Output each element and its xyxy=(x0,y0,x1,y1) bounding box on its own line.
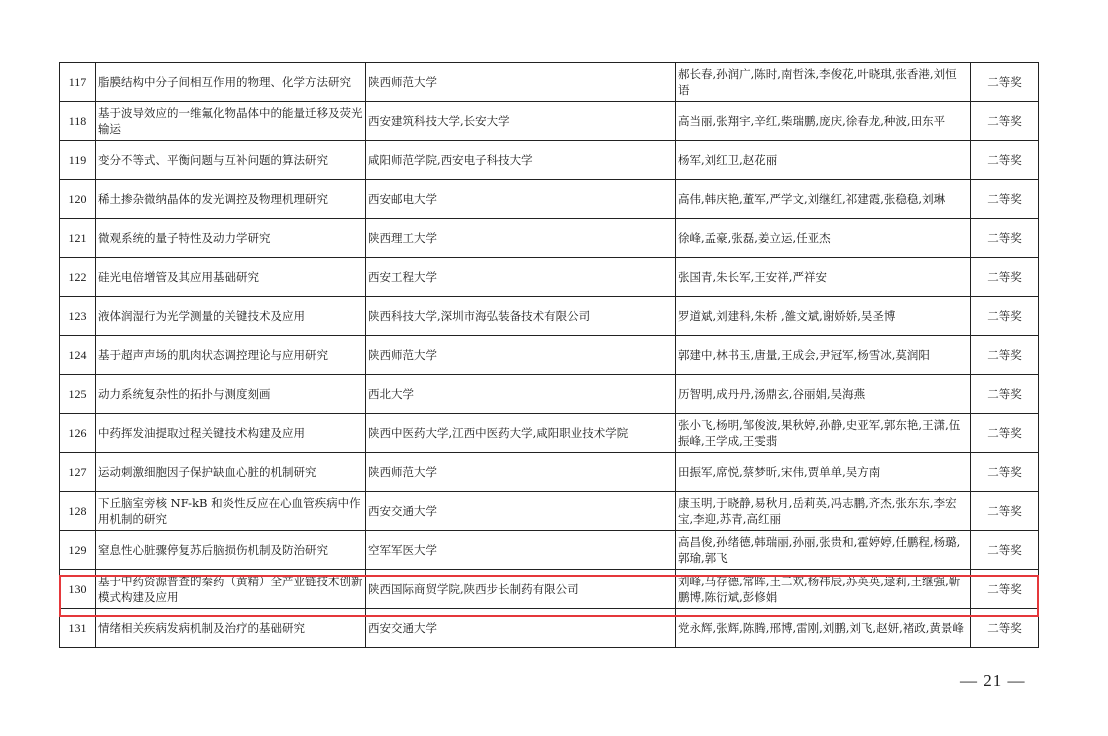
table-row: 119变分不等式、平衡问题与互补问题的算法研究咸阳师范学院,西安电子科技大学杨军… xyxy=(60,141,1039,180)
project-title: 变分不等式、平衡问题与互补问题的算法研究 xyxy=(96,141,366,180)
completing-units: 陕西国际商贸学院,陕西步长制药有限公司 xyxy=(366,570,676,609)
project-number: 127 xyxy=(60,453,96,492)
project-number: 125 xyxy=(60,375,96,414)
project-number: 123 xyxy=(60,297,96,336)
table-row: 120稀土掺杂微纳晶体的发光调控及物理机理研究西安邮电大学高伟,韩庆艳,董军,严… xyxy=(60,180,1039,219)
table-row: 118基于波导效应的一维氟化物晶体中的能量迁移及荧光输运西安建筑科技大学,长安大… xyxy=(60,102,1039,141)
project-title: 窒息性心脏骤停复苏后脑损伤机制及防治研究 xyxy=(96,531,366,570)
table-row: 123液体润湿行为光学测量的关键技术及应用陕西科技大学,深圳市海弘装备技术有限公… xyxy=(60,297,1039,336)
award-level: 二等奖 xyxy=(971,102,1039,141)
completing-units: 陕西科技大学,深圳市海弘装备技术有限公司 xyxy=(366,297,676,336)
table-row: 121微观系统的量子特性及动力学研究陕西理工大学徐峰,孟豪,张磊,姜立运,任亚杰… xyxy=(60,219,1039,258)
table-row: 128下丘脑室旁核 NF-kB 和炎性反应在心血管疾病中作用机制的研究西安交通大… xyxy=(60,492,1039,531)
completing-units: 西北大学 xyxy=(366,375,676,414)
completing-people: 张国青,朱长军,王安祥,严祥安 xyxy=(676,258,971,297)
table-row: 125动力系统复杂性的拓扑与测度刻画西北大学历智明,成丹丹,汤鼎玄,谷丽娟,吴海… xyxy=(60,375,1039,414)
project-title: 动力系统复杂性的拓扑与测度刻画 xyxy=(96,375,366,414)
completing-people: 郭建中,林书玉,唐量,王成会,尹冠军,杨雪冰,莫润阳 xyxy=(676,336,971,375)
award-level: 二等奖 xyxy=(971,297,1039,336)
project-number: 128 xyxy=(60,492,96,531)
completing-people: 徐峰,孟豪,张磊,姜立运,任亚杰 xyxy=(676,219,971,258)
project-number: 131 xyxy=(60,609,96,648)
award-level: 二等奖 xyxy=(971,492,1039,531)
project-number: 120 xyxy=(60,180,96,219)
completing-people: 张小飞,杨明,邹俊波,果秋婷,孙静,史亚军,郭东艳,王潇,伍振峰,王学成,王雯翡 xyxy=(676,414,971,453)
completing-units: 西安邮电大学 xyxy=(366,180,676,219)
project-title: 基于波导效应的一维氟化物晶体中的能量迁移及荧光输运 xyxy=(96,102,366,141)
completing-units: 西安建筑科技大学,长安大学 xyxy=(366,102,676,141)
completing-people: 历智明,成丹丹,汤鼎玄,谷丽娟,吴海燕 xyxy=(676,375,971,414)
project-title: 硅光电倍增管及其应用基础研究 xyxy=(96,258,366,297)
project-number: 121 xyxy=(60,219,96,258)
awards-table-body: 117脂膜结构中分子间相互作用的物理、化学方法研究陕西师范大学郝长春,孙润广,陈… xyxy=(60,63,1039,648)
project-number: 118 xyxy=(60,102,96,141)
completing-units: 陕西师范大学 xyxy=(366,453,676,492)
completing-units: 西安交通大学 xyxy=(366,609,676,648)
award-level: 二等奖 xyxy=(971,375,1039,414)
project-title: 中药挥发油提取过程关键技术构建及应用 xyxy=(96,414,366,453)
completing-people: 田振军,席悦,蔡梦昕,宋伟,贾单单,吴方南 xyxy=(676,453,971,492)
project-title: 微观系统的量子特性及动力学研究 xyxy=(96,219,366,258)
awards-table: 117脂膜结构中分子间相互作用的物理、化学方法研究陕西师范大学郝长春,孙润广,陈… xyxy=(59,62,1039,648)
completing-units: 空军军医大学 xyxy=(366,531,676,570)
table-row: 130基于中药资源普查的秦药（黄精）全产业链技术创新模式构建及应用陕西国际商贸学… xyxy=(60,570,1039,609)
project-title: 下丘脑室旁核 NF-kB 和炎性反应在心血管疾病中作用机制的研究 xyxy=(96,492,366,531)
project-number: 122 xyxy=(60,258,96,297)
project-title: 基于中药资源普查的秦药（黄精）全产业链技术创新模式构建及应用 xyxy=(96,570,366,609)
project-title: 稀土掺杂微纳晶体的发光调控及物理机理研究 xyxy=(96,180,366,219)
project-title: 运动刺激细胞因子保护缺血心脏的机制研究 xyxy=(96,453,366,492)
project-title: 液体润湿行为光学测量的关键技术及应用 xyxy=(96,297,366,336)
award-level: 二等奖 xyxy=(971,141,1039,180)
project-number: 119 xyxy=(60,141,96,180)
completing-people: 康玉明,于晓静,易秋月,岳莉英,冯志鹏,齐杰,张东东,李宏宝,李迎,苏青,高红丽 xyxy=(676,492,971,531)
completing-units: 陕西师范大学 xyxy=(366,63,676,102)
completing-units: 陕西师范大学 xyxy=(366,336,676,375)
award-level: 二等奖 xyxy=(971,180,1039,219)
award-level: 二等奖 xyxy=(971,453,1039,492)
table-row: 127运动刺激细胞因子保护缺血心脏的机制研究陕西师范大学田振军,席悦,蔡梦昕,宋… xyxy=(60,453,1039,492)
table-row: 126中药挥发油提取过程关键技术构建及应用陕西中医药大学,江西中医药大学,咸阳职… xyxy=(60,414,1039,453)
completing-people: 高伟,韩庆艳,董军,严学文,刘继红,祁建霞,张稳稳,刘琳 xyxy=(676,180,971,219)
award-level: 二等奖 xyxy=(971,258,1039,297)
table-row: 129窒息性心脏骤停复苏后脑损伤机制及防治研究空军军医大学高昌俊,孙绪德,韩瑞丽… xyxy=(60,531,1039,570)
page-number: — 21 — xyxy=(960,671,1026,691)
completing-people: 党永辉,张辉,陈腾,邢博,雷刚,刘鹏,刘飞,赵妍,褚政,黄景峰 xyxy=(676,609,971,648)
project-title: 基于超声声场的肌肉状态调控理论与应用研究 xyxy=(96,336,366,375)
completing-people: 郝长春,孙润广,陈时,南哲洙,李俊花,叶晓琪,张香港,刘恒语 xyxy=(676,63,971,102)
project-number: 124 xyxy=(60,336,96,375)
completing-units: 咸阳师范学院,西安电子科技大学 xyxy=(366,141,676,180)
completing-units: 西安交通大学 xyxy=(366,492,676,531)
completing-units: 陕西中医药大学,江西中医药大学,咸阳职业技术学院 xyxy=(366,414,676,453)
project-number: 129 xyxy=(60,531,96,570)
completing-units: 陕西理工大学 xyxy=(366,219,676,258)
completing-people: 高当丽,张翔宇,辛红,柴瑞鹏,庞庆,徐春龙,种波,田东平 xyxy=(676,102,971,141)
table-row: 131情绪相关疾病发病机制及治疗的基础研究西安交通大学党永辉,张辉,陈腾,邢博,… xyxy=(60,609,1039,648)
table-row: 124基于超声声场的肌肉状态调控理论与应用研究陕西师范大学郭建中,林书玉,唐量,… xyxy=(60,336,1039,375)
table-row: 122硅光电倍增管及其应用基础研究西安工程大学张国青,朱长军,王安祥,严祥安二等… xyxy=(60,258,1039,297)
completing-people: 杨军,刘红卫,赵花丽 xyxy=(676,141,971,180)
project-title: 脂膜结构中分子间相互作用的物理、化学方法研究 xyxy=(96,63,366,102)
completing-units: 西安工程大学 xyxy=(366,258,676,297)
award-level: 二等奖 xyxy=(971,609,1039,648)
award-level: 二等奖 xyxy=(971,531,1039,570)
award-level: 二等奖 xyxy=(971,219,1039,258)
award-level: 二等奖 xyxy=(971,570,1039,609)
award-level: 二等奖 xyxy=(971,336,1039,375)
completing-people: 高昌俊,孙绪德,韩瑞丽,孙丽,张贵和,霍婷婷,任鹏程,杨璐,郭瑜,郭飞 xyxy=(676,531,971,570)
completing-people: 罗道斌,刘建科,朱桥 ,雒文斌,谢娇娇,吴圣博 xyxy=(676,297,971,336)
project-number: 130 xyxy=(60,570,96,609)
project-title: 情绪相关疾病发病机制及治疗的基础研究 xyxy=(96,609,366,648)
award-level: 二等奖 xyxy=(971,63,1039,102)
project-number: 126 xyxy=(60,414,96,453)
table-row: 117脂膜结构中分子间相互作用的物理、化学方法研究陕西师范大学郝长春,孙润广,陈… xyxy=(60,63,1039,102)
project-number: 117 xyxy=(60,63,96,102)
award-level: 二等奖 xyxy=(971,414,1039,453)
completing-people: 刘峰,马存德,常晖,王二欢,杨祎辰,苏英英,逯莉,王继强,靳鹏博,陈衍斌,彭修娟 xyxy=(676,570,971,609)
